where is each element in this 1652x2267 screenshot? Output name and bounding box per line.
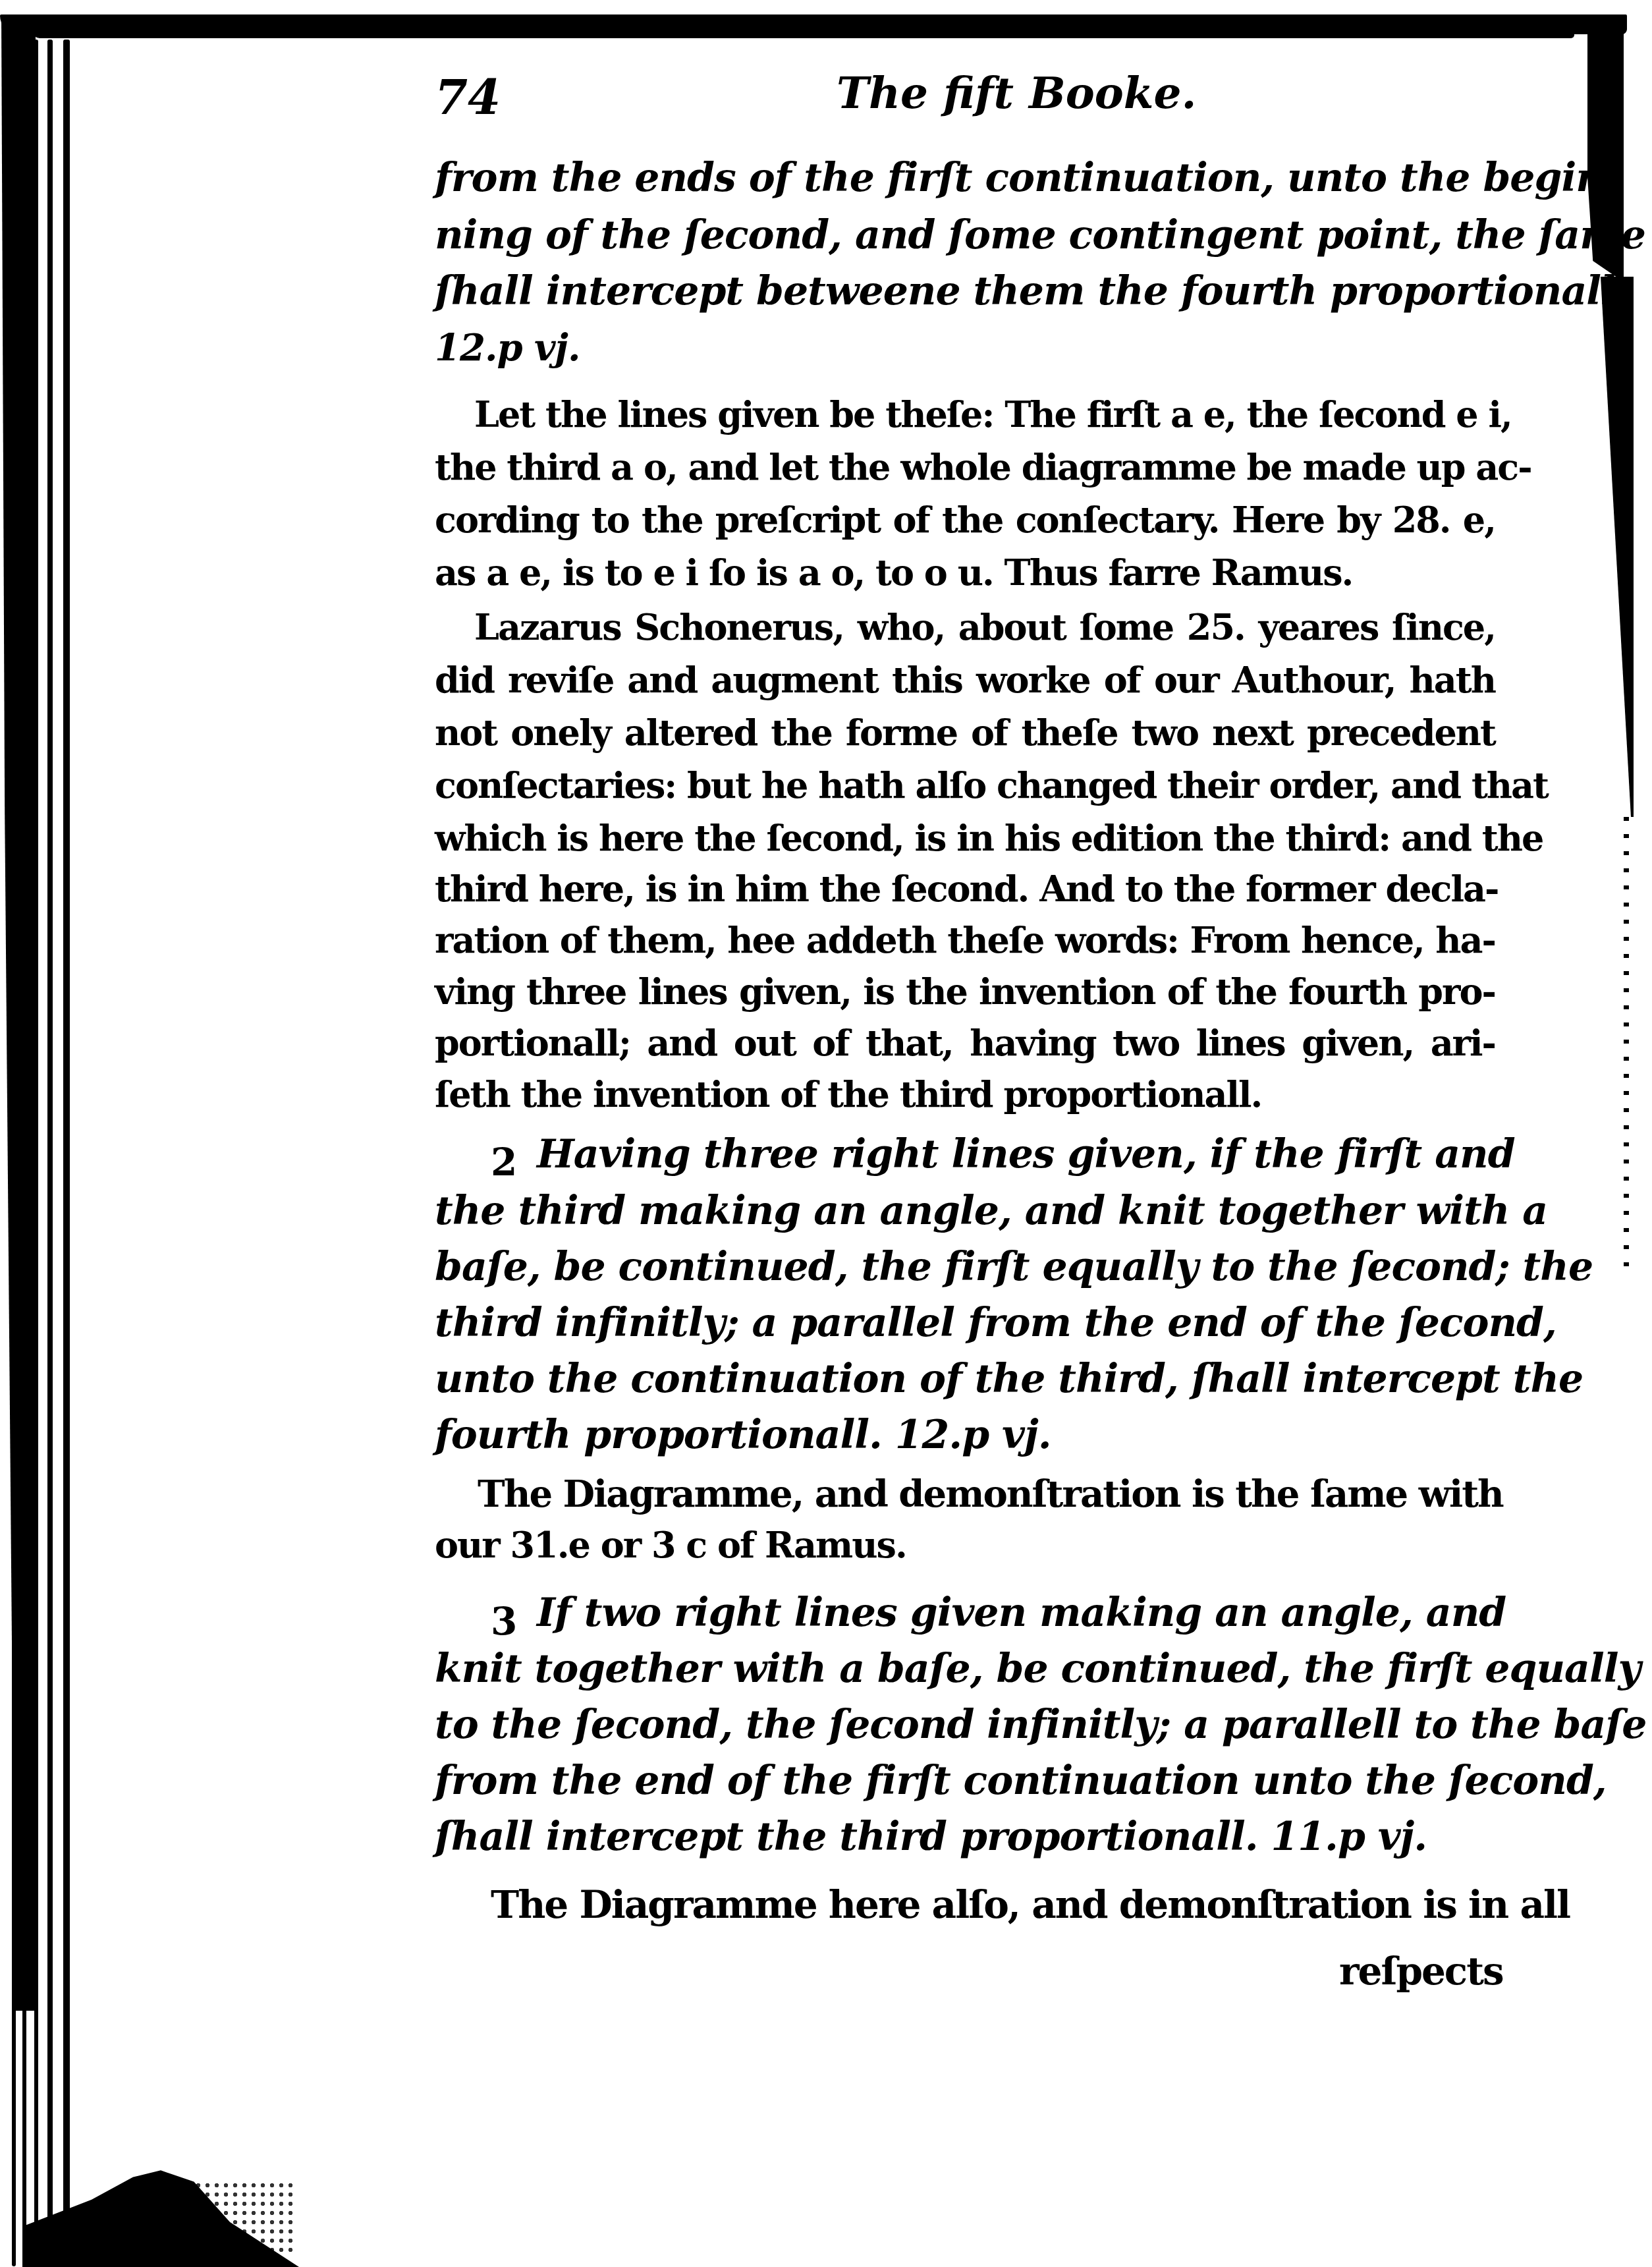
text-line: did reviſe and augment this worke of our… (435, 662, 1495, 698)
text-line: If two right lines given making an angle… (537, 1593, 1495, 1633)
catchword: reſpects (1339, 1952, 1503, 1990)
text-line: baſe, be continued, the firſt equally to… (435, 1247, 1495, 1287)
text-line: unto the continuation of the third, ſhal… (435, 1359, 1495, 1399)
text-line: from the end of the firſt continuation u… (435, 1761, 1495, 1801)
consectary-number: 3 (491, 1602, 516, 1640)
text-line: conſectaries: but he hath alſo changed t… (435, 768, 1495, 803)
running-head: The fift Booke. (837, 71, 1196, 115)
text-line: 12.p vj. (435, 329, 580, 366)
text-line: as a e, is to e i ſo is a o, to o u. Thu… (435, 555, 1352, 590)
text-line: The Diagramme, and demonſtration is the … (478, 1476, 1495, 1513)
text-line: fourth proportionall. 12.p vj. (435, 1415, 1051, 1455)
text-line: The Diagramme here alſo, and demonſtrati… (491, 1886, 1495, 1924)
text-line: portionall; and out of that, having two … (435, 1025, 1495, 1061)
text-line: cording to the preſcript of the conſecta… (435, 502, 1495, 538)
text-line: third infinitly; a parallel from the end… (435, 1303, 1495, 1343)
text-line: ſhall intercept betweene them the fourth… (435, 271, 1495, 311)
text-line: ning of the ſecond, and ſome contingent … (435, 215, 1495, 255)
text-line: to the ſecond, the ſecond infinitly; a p… (435, 1705, 1495, 1745)
text-line: not onely altered the forme of theſe two… (435, 715, 1495, 750)
text-line: the third a o, and let the whole diagram… (435, 449, 1495, 485)
text-line: ving three lines given, is the invention… (435, 974, 1495, 1009)
text-line: ration of them, hee addeth theſe words: … (435, 922, 1495, 958)
book-page: 74 The fift Booke. from the ends of the … (0, 0, 1652, 2267)
consectary-number: 2 (491, 1143, 516, 1181)
text-line: the third making an angle, and knit toge… (435, 1191, 1495, 1231)
text-line: ſhall intercept the third proportionall.… (435, 1817, 1427, 1857)
text-line: knit together with a baſe, be continued,… (435, 1649, 1495, 1689)
text-line: Having three right lines given, if the f… (537, 1134, 1495, 1174)
text-line: our 31.e or 3 c of Ramus. (435, 1527, 906, 1563)
page-number: 74 (435, 74, 501, 121)
text-line: Let the lines given be theſe: The firſt … (474, 397, 1495, 432)
text-line: which is here the ſecond, is in his edit… (435, 820, 1495, 856)
text-line: from the ends of the firſt continuation,… (435, 158, 1495, 198)
text-line: Lazarus Schonerus, who, about ſome 25. y… (474, 609, 1495, 645)
text-line: ſeth the invention of the third proporti… (435, 1077, 1261, 1112)
text-line: third here, is in him the ſecond. And to… (435, 871, 1495, 907)
